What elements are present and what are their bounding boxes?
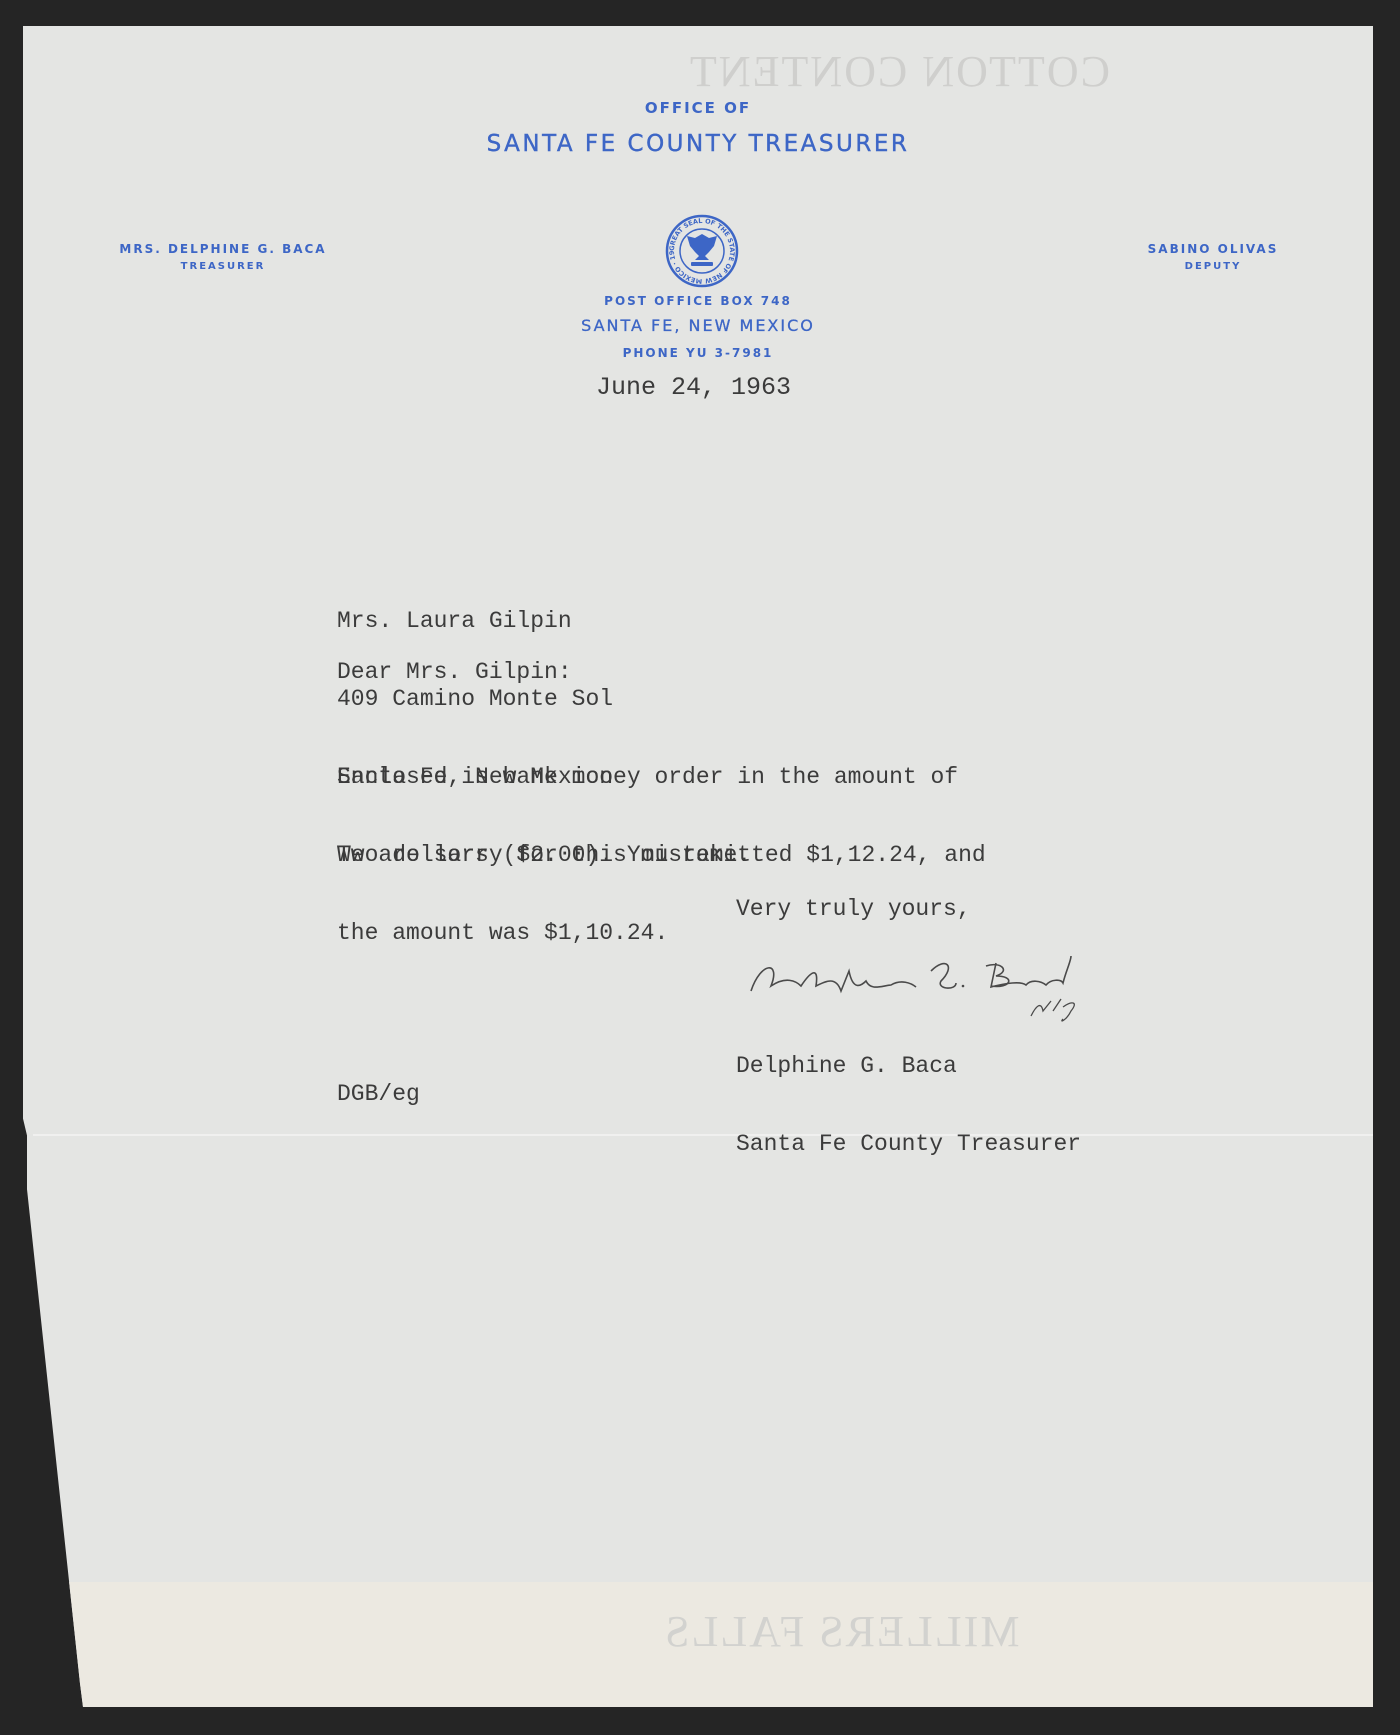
letter-paper: COTTON CONTENT MILLERS FALLS OFFICE OF S… bbox=[23, 26, 1373, 1707]
watermark-top: COTTON CONTENT bbox=[688, 46, 1110, 97]
closing-paragraph: We are sorry for this mistake. bbox=[337, 842, 751, 868]
deputy-name: SABINO OLIVAS bbox=[1133, 242, 1293, 256]
recipient-line: Mrs. Laura Gilpin bbox=[337, 608, 613, 634]
deputy-role: DEPUTY bbox=[1133, 261, 1293, 272]
body-line: Enclosed is bank money order in the amou… bbox=[337, 764, 986, 790]
reference-initials: DGB/eg bbox=[337, 1081, 420, 1107]
valediction: Very truly yours, bbox=[736, 896, 971, 922]
state-seal-icon: GREAT SEAL OF THE STATE OF NEW MEXICO · … bbox=[665, 214, 739, 288]
treasurer-name: MRS. DELPHINE G. BACA bbox=[103, 242, 343, 256]
recipient-line: 409 Camino Monte Sol bbox=[337, 686, 613, 712]
letterhead-title: SANTA FE COUNTY TREASURER bbox=[23, 131, 1373, 157]
treasurer-role: TREASURER bbox=[103, 261, 343, 272]
fold-line bbox=[33, 1134, 1373, 1136]
letterhead-phone: PHONE YU 3-7981 bbox=[23, 346, 1373, 360]
letterhead-po-box: POST OFFICE BOX 748 bbox=[23, 294, 1373, 308]
signer-name: Delphine G. Baca bbox=[736, 1053, 1081, 1079]
salutation: Dear Mrs. Gilpin: bbox=[337, 659, 572, 685]
letterhead-deputy-block: SABINO OLIVAS DEPUTY bbox=[1133, 242, 1293, 272]
letterhead-treasurer-block: MRS. DELPHINE G. BACA TREASURER bbox=[103, 242, 343, 272]
letterhead-city: SANTA FE, NEW MEXICO bbox=[23, 316, 1373, 335]
letter-date: June 24, 1963 bbox=[596, 375, 791, 401]
watermark-bottom: MILLERS FALLS bbox=[663, 1606, 1019, 1657]
letterhead-office-of: OFFICE OF bbox=[23, 99, 1373, 117]
signer-title: Santa Fe County Treasurer bbox=[736, 1131, 1081, 1157]
signature-block: Delphine G. Baca Santa Fe County Treasur… bbox=[736, 1001, 1081, 1209]
